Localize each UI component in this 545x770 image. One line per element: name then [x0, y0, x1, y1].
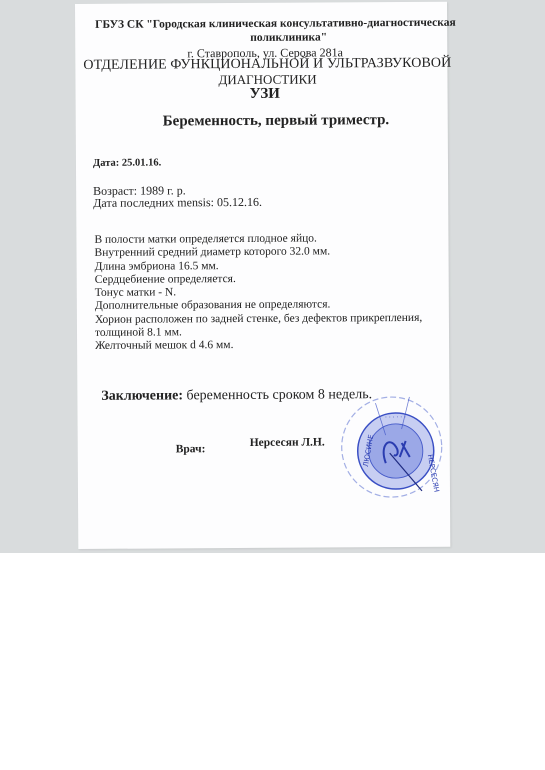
institution-name-line1: ГБУЗ СК "Городская клиническая консульта…	[95, 17, 456, 31]
conclusion-label: Заключение:	[101, 388, 183, 403]
exam-type: УЗИ	[250, 86, 281, 103]
finding-line: Хорион расположен по задней стенке, без …	[95, 312, 422, 327]
ultrasound-report-page: ГБУЗ СК "Городская клиническая консульта…	[75, 2, 450, 549]
institution-name-line2: поликлиника"	[250, 31, 327, 43]
doctor-stamp-icon: · · · · · · НЕРСЕСЯН ЛЮСИНЕ	[339, 395, 444, 500]
findings-list: В полости матки определяется плодное яйц…	[94, 232, 422, 354]
conclusion: Заключение: беременность сроком 8 недель…	[101, 387, 372, 405]
svg-text:· · · · · ·: · · · · · ·	[385, 414, 406, 421]
report-title: Беременность, первый триместр.	[163, 112, 390, 130]
svg-text:НЕРСЕСЯН: НЕРСЕСЯН	[426, 454, 441, 493]
exam-date: Дата: 25.01.16.	[93, 157, 161, 168]
finding-line: Желточный мешок d 4.6 мм.	[95, 338, 422, 353]
doctor-label: Врач:	[176, 443, 206, 455]
doctor-name: Нерсесян Л.Н.	[250, 436, 325, 448]
last-menstruation-date: Дата последних mensis: 05.12.16.	[93, 195, 262, 211]
